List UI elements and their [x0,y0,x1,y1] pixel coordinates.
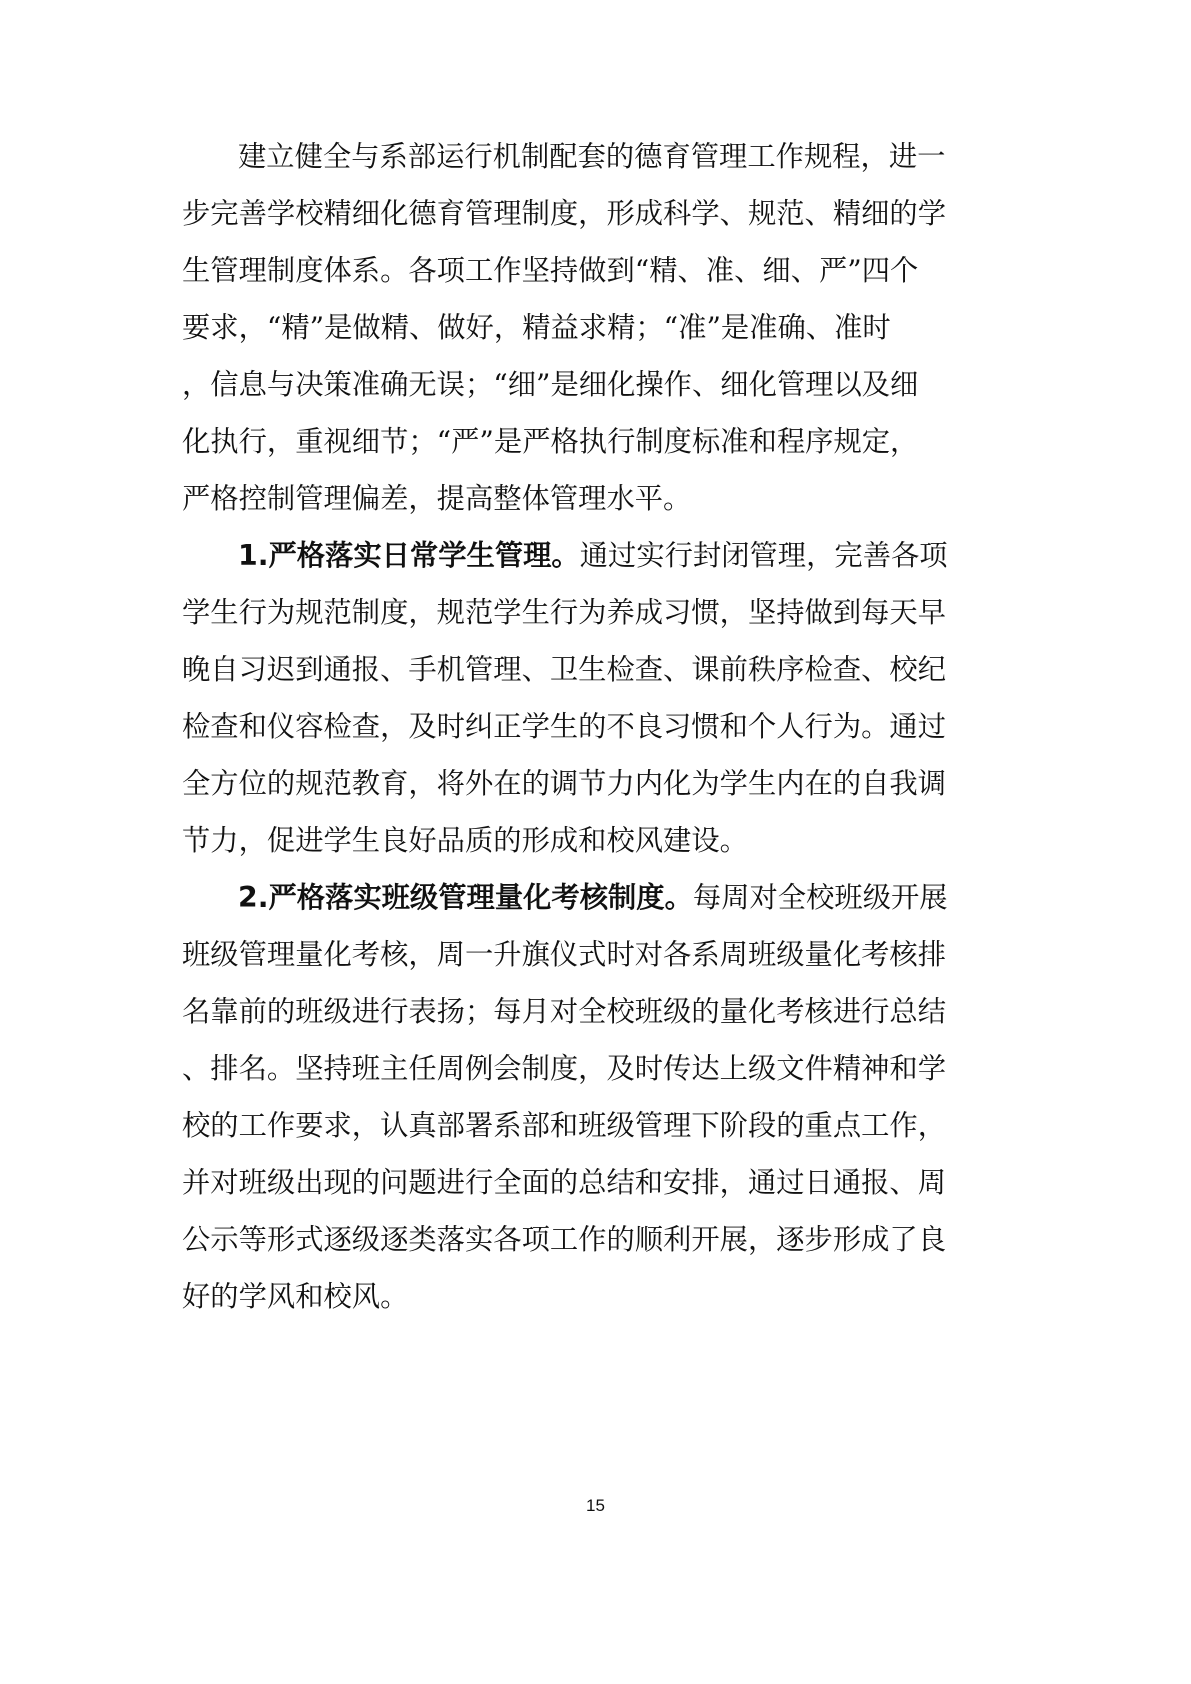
text-run: 通过实行封闭管理，完善各项 [580,539,948,572]
paragraph-intro: 建立健全与系部运行机制配套的德育管理工作规程，进一 步完善学校精细化德育管理制度… [182,128,1032,527]
text-run: 每周对全校班级开展 [693,881,948,914]
text-line: 要求，“精”是做精、做好，精益求精；“准”是准确、准时 [182,299,1032,356]
text-line: 检查和仪容检查，及时纠正学生的不良习惯和个人行为。通过 [182,698,1032,755]
document-page: 建立健全与系部运行机制配套的德育管理工作规程，进一 步完善学校精细化德育管理制度… [0,0,1191,1684]
text-line: 校的工作要求，认真部署系部和班级管理下阶段的重点工作， [182,1097,1032,1154]
paragraph-daily-student-management: 1.严格落实日常学生管理。通过实行封闭管理，完善各项 学生行为规范制度，规范学生… [182,527,1032,869]
text-line: 1.严格落实日常学生管理。通过实行封闭管理，完善各项 [182,527,1032,584]
text-line: 公示等形式逐级逐类落实各项工作的顺利开展，逐步形成了良 [182,1211,1032,1268]
text-line: 名靠前的班级进行表扬；每月对全校班级的量化考核进行总结 [182,983,1032,1040]
text-line: ，信息与决策准确无误；“细”是细化操作、细化管理以及细 [182,356,1032,413]
text-line: 严格控制管理偏差，提高整体管理水平。 [182,470,1032,527]
text-line: 2.严格落实班级管理量化考核制度。每周对全校班级开展 [182,869,1032,926]
text-line: 学生行为规范制度，规范学生行为养成习惯，坚持做到每天早 [182,584,1032,641]
section-heading: 2.严格落实班级管理量化考核制度。 [238,881,693,914]
document-body: 建立健全与系部运行机制配套的德育管理工作规程，进一 步完善学校精细化德育管理制度… [182,128,1032,1325]
text-line: 好的学风和校风。 [182,1268,1032,1325]
text-line: 全方位的规范教育，将外在的调节力内化为学生内在的自我调 [182,755,1032,812]
text-line: 步完善学校精细化德育管理制度，形成科学、规范、精细的学 [182,185,1032,242]
text-line: 生管理制度体系。各项工作坚持做到“精、准、细、严”四个 [182,242,1032,299]
text-line: 节力，促进学生良好品质的形成和校风建设。 [182,812,1032,869]
page-number: 15 [0,1496,1191,1516]
text-line: 班级管理量化考核，周一升旗仪式时对各系周班级量化考核排 [182,926,1032,983]
text-line: 晚自习迟到通报、手机管理、卫生检查、课前秩序检查、校纪 [182,641,1032,698]
text-line: 、排名。坚持班主任周例会制度，及时传达上级文件精神和学 [182,1040,1032,1097]
paragraph-class-quantitative-assessment: 2.严格落实班级管理量化考核制度。每周对全校班级开展 班级管理量化考核，周一升旗… [182,869,1032,1325]
text-line: 建立健全与系部运行机制配套的德育管理工作规程，进一 [182,128,1032,185]
text-line: 化执行，重视细节；“严”是严格执行制度标准和程序规定， [182,413,1032,470]
text-line: 并对班级出现的问题进行全面的总结和安排，通过日通报、周 [182,1154,1032,1211]
section-heading: 1.严格落实日常学生管理。 [238,539,580,572]
